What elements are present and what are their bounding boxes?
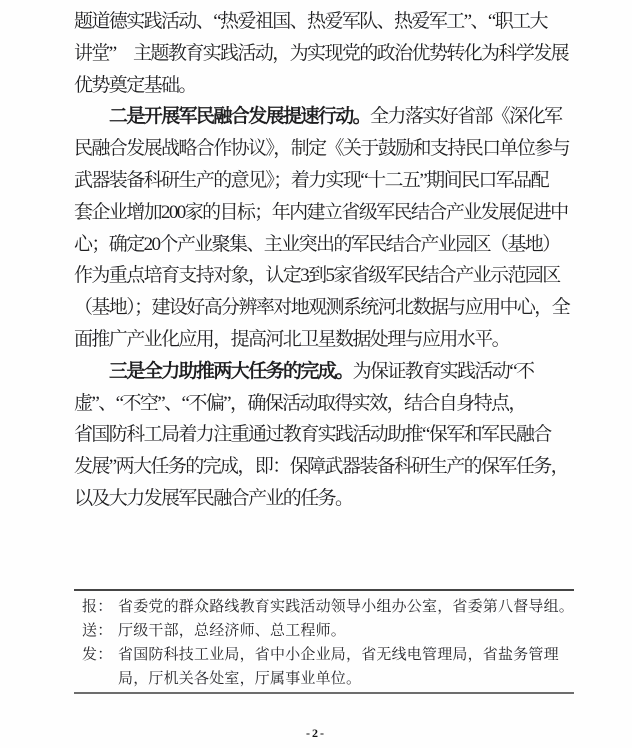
body-line: 虚”、“不空”、“不偏”，确保活动取得实效，结合自身特点， [74,388,578,420]
body-line: 面推广产业化应用，提高河北卫星数据处理与应用水平。 [74,324,578,356]
body-line: 套企业增加200家的目标；年内建立省级军民结合产业发展促进中 [74,197,578,229]
body-line: 题道德实践活动、“热爱祖国、热爱军队、热爱军工”、“职工大 [74,6,578,38]
body-line: 武器装备科研生产的意见》；着力实现“十二五”期间民口军品配 [74,165,578,197]
footer-entry-content: 厅级干部，总经济师、总工程师。 [118,619,574,643]
body-line: 二是开展军民融合发展提速行动。全力落实好省部《深化军 [74,101,578,133]
body-line: 优势奠定基础。 [74,70,578,102]
distribution-footer: 报：省委党的群众路线教育实践活动领导小组办公室，省委第八督导组。送：厅级干部，总… [74,589,574,694]
body-text: （基地）；建设好高分辨率对地观测系统河北数据与应用中心，全 [74,297,569,318]
footer-entry: 报：省委党的群众路线教育实践活动领导小组办公室，省委第八督导组。 [82,595,574,619]
footer-line: 省国防科技工业局，省中小企业局，省无线电管理局，省盐务管理 [118,643,574,667]
document-body: 题道德实践活动、“热爱祖国、热爱军队、热爱军工”、“职工大讲堂” 主题教育实践活… [74,6,578,515]
footer-entry-label: 发： [82,643,118,691]
body-line: 讲堂” 主题教育实践活动，为实现党的政治优势转化为科学发展 [74,38,578,70]
body-text: 虚”、“不空”、“不偏”，确保活动取得实效，结合自身特点， [74,393,526,414]
body-text: 武器装备科研生产的意见》；着力实现“十二五”期间民口军品配 [74,170,548,191]
footer-line: 局，厅机关各处室，厅属事业单位。 [118,667,574,691]
body-text: 讲堂” 主题教育实践活动，为实现党的政治优势转化为科学发展 [74,43,568,64]
body-text: 面推广产业化应用，提高河北卫星数据处理与应用水平。 [74,329,509,350]
body-text: 题道德实践活动、“热爱祖国、热爱军队、热爱军工”、“职工大 [74,11,547,32]
emphasis-heading-text: 二是开展军民融合发展提速行动。 [109,106,370,127]
body-text: 套企业增加200家的目标；年内建立省级军民结合产业发展促进中 [74,202,568,223]
footer-entry-content: 省国防科技工业局，省中小企业局，省无线电管理局，省盐务管理局，厅机关各处室，厅属… [118,643,574,691]
footer-entry: 送：厅级干部，总经济师、总工程师。 [82,619,574,643]
body-line: （基地）；建设好高分辨率对地观测系统河北数据与应用中心，全 [74,292,578,324]
footer-entry-label: 报： [82,595,118,619]
body-text: 心；确定20个产业聚集、主业突出的军民结合产业园区（基地） [74,234,560,255]
footer-entry: 发：省国防科技工业局，省中小企业局，省无线电管理局，省盐务管理局，厅机关各处室，… [82,643,574,691]
body-line: 作为重点培育支持对象，认定3到5家省级军民结合产业示范园区 [74,260,578,292]
body-text: 优势奠定基础。 [74,75,196,96]
emphasis-heading-text: 三是全力助推两大任务的完成。 [109,361,353,382]
footer-entry-label: 送： [82,619,118,643]
body-line: 以及大力发展军民融合产业的任务。 [74,483,578,515]
footer-line: 省委党的群众路线教育实践活动领导小组办公室，省委第八督导组。 [118,595,574,619]
body-text: 为保证教育实践活动“不 [353,361,534,382]
footer-entry-content: 省委党的群众路线教育实践活动领导小组办公室，省委第八督导组。 [118,595,574,619]
body-line: 民融合发展战略合作协议》，制定《关于鼓励和支持民口单位参与 [74,133,578,165]
body-text: 发展”两大任务的完成，即：保障武器装备科研生产的保军任务， [74,456,568,477]
body-text: 以及大力发展军民融合产业的任务。 [74,488,352,509]
page-number: -2- [0,726,632,741]
body-line: 心；确定20个产业聚集、主业突出的军民结合产业园区（基地） [74,229,578,261]
body-line: 省国防科工局着力注重通过教育实践活动助推“保军和军民融合 [74,419,578,451]
body-text: 全力落实好省部《深化军 [370,106,561,127]
body-text: 作为重点培育支持对象，认定3到5家省级军民结合产业示范园区 [74,265,560,286]
body-text: 民融合发展战略合作协议》，制定《关于鼓励和支持民口单位参与 [74,138,569,159]
body-line: 三是全力助推两大任务的完成。为保证教育实践活动“不 [74,356,578,388]
footer-line: 厅级干部，总经济师、总工程师。 [118,619,574,643]
body-text: 省国防科工局着力注重通过教育实践活动助推“保军和军民融合 [74,424,551,445]
body-line: 发展”两大任务的完成，即：保障武器装备科研生产的保军任务， [74,451,578,483]
document-page: 题道德实践活动、“热爱祖国、热爱军队、热爱军工”、“职工大讲堂” 主题教育实践活… [0,0,632,748]
